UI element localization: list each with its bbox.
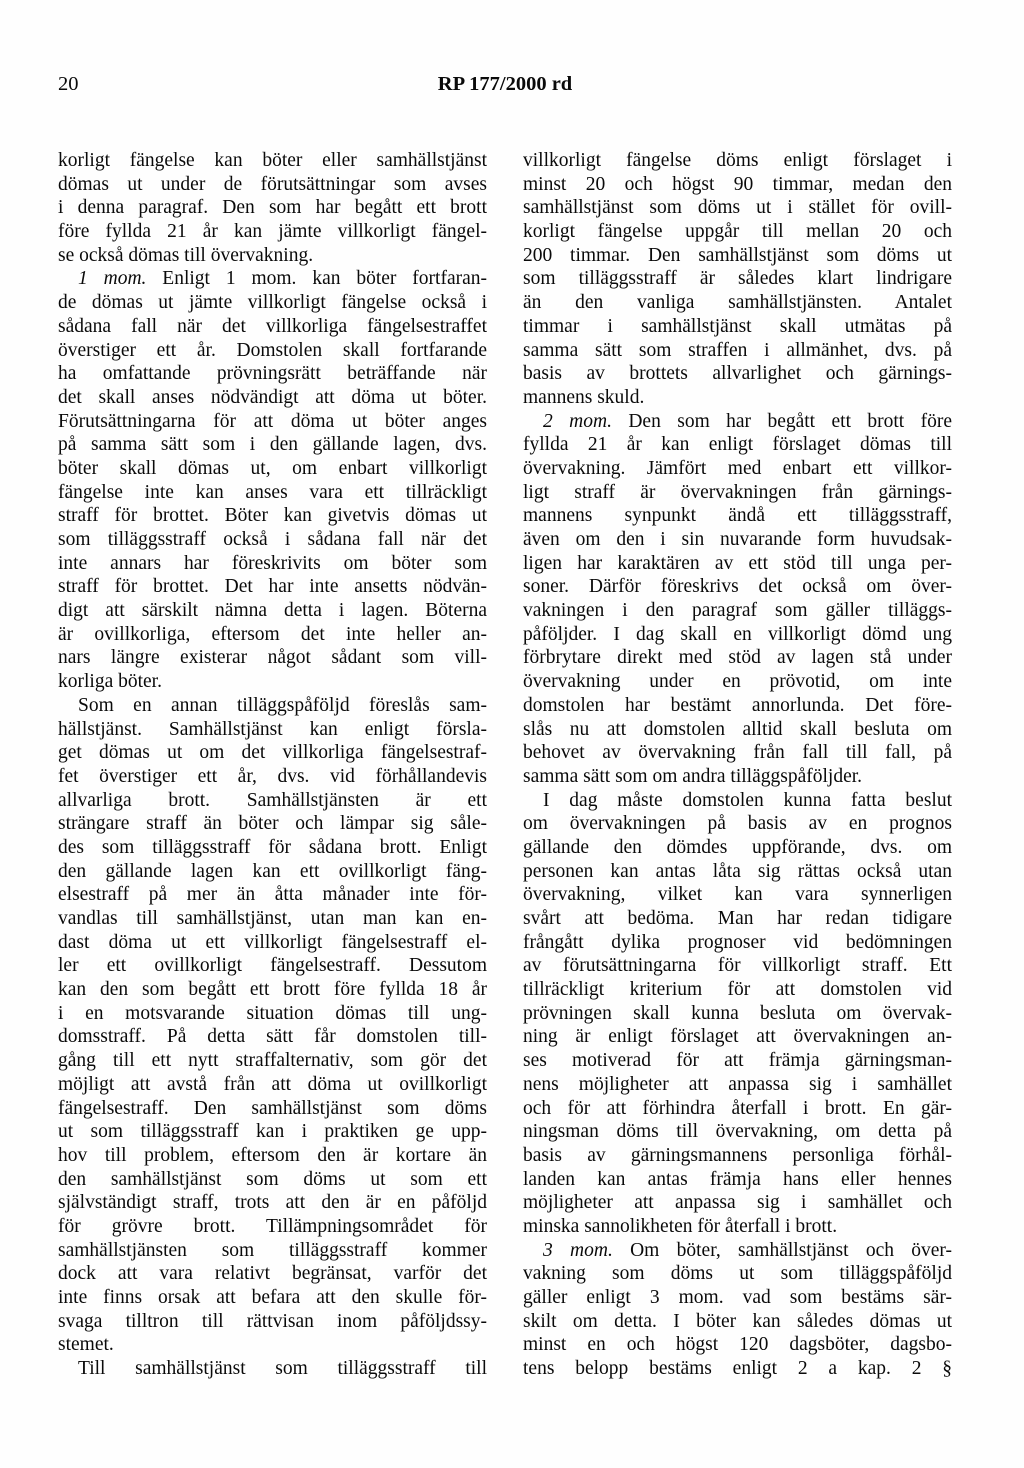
text-line: samma sätt som om andra tilläggspåföljde… bbox=[523, 765, 952, 789]
line-text: basis av brottets allvarlighet och gärni… bbox=[523, 363, 952, 384]
text-line: ningsman döms till övervakning, om detta… bbox=[523, 1120, 952, 1144]
line-text: förbrytare direkt med stöd av lagen stå … bbox=[523, 647, 952, 668]
text-line: dömas ut under de förutsättningar som av… bbox=[58, 173, 487, 197]
text-line: dock att vara relativt begränsat, varför… bbox=[58, 1262, 487, 1286]
text-line: gång till ett nytt straffalternativ, som… bbox=[58, 1049, 487, 1073]
line-text: tillräckligt kriterium för att domstolen… bbox=[523, 979, 952, 1000]
mom-label: 1 mom. bbox=[78, 268, 146, 289]
line-text: påföljder. I dag skall en villkorligt dö… bbox=[523, 624, 952, 645]
text-line: minst en och högst 120 dagsböter, dagsbo… bbox=[523, 1333, 952, 1357]
text-line: 200 timmar. Den samhällstjänst som döms … bbox=[523, 244, 952, 268]
text-line: om övervakningen på basis av en prognos bbox=[523, 812, 952, 836]
text-line: hov till problem, eftersom den är kortar… bbox=[58, 1144, 487, 1168]
text-line: get dömas ut om det villkorliga fängelse… bbox=[58, 741, 487, 765]
text-line: är ovillkorliga, eftersom det inte helle… bbox=[58, 623, 487, 647]
text-line: straff för brottet. Böter kan givetvis d… bbox=[58, 504, 487, 528]
right-column: villkorligt fängelse döms enligt förslag… bbox=[523, 149, 952, 1381]
line-text: dock att vara relativt begränsat, varför… bbox=[58, 1263, 487, 1284]
text-line: övervakning under en prövotid, om inte bbox=[523, 670, 952, 694]
line-text: även om den i sin nuvarande form huvudsa… bbox=[523, 529, 952, 550]
line-text: personen kan antas låta sig rättas också… bbox=[523, 861, 952, 882]
text-line: domsstraff. På detta sätt får domstolen … bbox=[58, 1025, 487, 1049]
line-text: vakning som döms ut som tilläggspåföljd bbox=[523, 1263, 952, 1284]
text-line: korligt fängelse uppgår till mellan 20 o… bbox=[523, 220, 952, 244]
line-text: överstiger ett år. Domstolen skall fortf… bbox=[58, 340, 487, 361]
text-line: domstolen har bestämt annorlunda. Det fö… bbox=[523, 694, 952, 718]
text-line: ut som tilläggsstraff kan i praktiken ge… bbox=[58, 1120, 487, 1144]
line-text: självständigt straff, trots att den är e… bbox=[58, 1192, 487, 1213]
text-line: kan den som begått ett brott före fyllda… bbox=[58, 978, 487, 1002]
line-text: före fyllda 21 år kan jämte villkorligt … bbox=[58, 221, 487, 242]
text-line: stemet. bbox=[58, 1333, 487, 1357]
line-text: elsestraff på mer än åtta månader inte f… bbox=[58, 884, 487, 905]
line-text: korligt fängelse uppgår till mellan 20 o… bbox=[523, 221, 952, 242]
text-line: basis av brottets allvarlighet och gärni… bbox=[523, 362, 952, 386]
text-line: det skall anses nödvändigt att döma ut b… bbox=[58, 386, 487, 410]
text-line: straff för brottet. Det har inte ansetts… bbox=[58, 575, 487, 599]
line-text: vandlas till samhällstjänst, utan man ka… bbox=[58, 908, 487, 929]
line-text: övervakning under en prövotid, om inte bbox=[523, 671, 952, 692]
line-text: skilt om detta. I böter kan således döma… bbox=[523, 1311, 952, 1332]
line-text: i denna paragraf. Den som har begått ett… bbox=[58, 197, 487, 218]
text-line: fyllda 21 år kan enligt förslaget dömas … bbox=[523, 433, 952, 457]
text-line: ning är enligt förslaget att övervakning… bbox=[523, 1025, 952, 1049]
text-line: nens möjligheter att anpassa sig i samhä… bbox=[523, 1073, 952, 1097]
text-line: samhällstjänsten som tilläggsstraff komm… bbox=[58, 1239, 487, 1263]
text-line: des som tilläggsstraff för sådana brott.… bbox=[58, 836, 487, 860]
line-text: Om böter, samhällstjänst och över- bbox=[613, 1240, 952, 1261]
line-text: övervakning, vilket kan vara synnerligen bbox=[523, 884, 952, 905]
line-text: landen kan antas främja hans eller henne… bbox=[523, 1169, 952, 1190]
line-text: Som en annan tilläggspåföljd föreslås sa… bbox=[78, 695, 487, 716]
line-text: frångått dylika prognoser vid bedömninge… bbox=[523, 932, 952, 953]
text-line: fängelse inte kan anses vara ett tillräc… bbox=[58, 481, 487, 505]
text-line: inte finns orsak att befara att den skul… bbox=[58, 1286, 487, 1310]
line-text: den samhällstjänst som döms ut som ett bbox=[58, 1169, 487, 1190]
line-text: och för att förhindra återfall i brott. … bbox=[523, 1098, 952, 1119]
text-line: personen kan antas låta sig rättas också… bbox=[523, 860, 952, 884]
text-line: böter skall dömas ut, om enbart villkorl… bbox=[58, 457, 487, 481]
line-text: fet överstiger ett år, dvs. vid förhålla… bbox=[58, 766, 487, 787]
text-line: mannens synpunkt ändå ett tilläggsstraff… bbox=[523, 504, 952, 528]
text-line: minska sannolikheten för återfall i brot… bbox=[523, 1215, 952, 1239]
text-line: strängare straff än böter och lämpar sig… bbox=[58, 812, 487, 836]
text-line: ligen har karaktären av ett stöd till un… bbox=[523, 552, 952, 576]
text-line: övervakning, vilket kan vara synnerligen bbox=[523, 883, 952, 907]
line-text: korliga böter. bbox=[58, 671, 162, 692]
text-line: 3 mom. Om böter, samhällstjänst och över… bbox=[523, 1239, 952, 1263]
line-text: des som tilläggsstraff för sådana brott.… bbox=[58, 837, 487, 858]
text-line: fängelsestraff. Den samhällstjänst som d… bbox=[58, 1097, 487, 1121]
line-text: som tilläggsstraff är således klart lind… bbox=[523, 268, 952, 289]
line-text: prövningen skall kunna besluta om överva… bbox=[523, 1003, 952, 1024]
line-text: övervakning. Jämfört med enbart ett vill… bbox=[523, 458, 952, 479]
text-line: som tilläggsstraff också i sådana fall n… bbox=[58, 528, 487, 552]
text-line: ligt straff är övervakningen från gärnin… bbox=[523, 481, 952, 505]
line-text: behovet av övervakning från fall till fa… bbox=[523, 742, 952, 763]
line-text: gällande den dömdes uppförande, dvs. om bbox=[523, 837, 952, 858]
text-line: digt att särskilt nämna detta i lagen. B… bbox=[58, 599, 487, 623]
line-text: kan den som begått ett brott före fyllda… bbox=[58, 979, 487, 1000]
left-column: korligt fängelse kan böter eller samhäll… bbox=[58, 149, 487, 1381]
text-line: soner. Därför föreskrivs det också om öv… bbox=[523, 575, 952, 599]
line-text: om övervakningen på basis av en prognos bbox=[523, 813, 952, 834]
text-line: se också dömas till övervakning. bbox=[58, 244, 487, 268]
line-text: slås nu att domstolen alltid skall beslu… bbox=[523, 719, 952, 740]
mom-label: 2 mom. bbox=[543, 411, 612, 432]
text-line: elsestraff på mer än åtta månader inte f… bbox=[58, 883, 487, 907]
line-text: svårt att bedöma. Man har redan tidigare bbox=[523, 908, 952, 929]
line-text: ningsman döms till övervakning, om detta… bbox=[523, 1121, 952, 1142]
text-columns: korligt fängelse kan böter eller samhäll… bbox=[58, 149, 952, 1381]
line-text: gång till ett nytt straffalternativ, som… bbox=[58, 1050, 487, 1071]
line-text: villkorligt fängelse döms enligt förslag… bbox=[523, 150, 952, 171]
line-text: strängare straff än böter och lämpar sig… bbox=[58, 813, 487, 834]
line-text: samhällstjänst som döms ut i stället för… bbox=[523, 197, 952, 218]
text-line: möjligt att avstå från att döma ut ovill… bbox=[58, 1073, 487, 1097]
mom-label: 3 mom. bbox=[543, 1240, 613, 1261]
line-text: se också dömas till övervakning. bbox=[58, 245, 313, 266]
line-text: domstolen har bestämt annorlunda. Det fö… bbox=[523, 695, 952, 716]
line-text: Till samhällstjänst som tilläggsstraff t… bbox=[78, 1358, 487, 1379]
line-text: soner. Därför föreskrivs det också om öv… bbox=[523, 576, 952, 597]
line-text: den gällande lagen kan ett ovillkorligt … bbox=[58, 861, 487, 882]
text-line: 2 mom. Den som har begått ett brott före bbox=[523, 410, 952, 434]
line-text: samma sätt som straffen i allmänhet, dvs… bbox=[523, 340, 952, 361]
line-text: inte annars har föreskrivits om böter so… bbox=[58, 553, 487, 574]
text-line: av förutsättningarna för villkorligt str… bbox=[523, 954, 952, 978]
line-text: det skall anses nödvändigt att döma ut b… bbox=[58, 387, 487, 408]
line-text: stemet. bbox=[58, 1334, 114, 1355]
text-line: för grövre brott. Tillämpningsområdet fö… bbox=[58, 1215, 487, 1239]
line-text: allvarliga brott. Samhällstjänsten är et… bbox=[58, 790, 487, 811]
line-text: digt att särskilt nämna detta i lagen. B… bbox=[58, 600, 487, 621]
text-line: basis av gärningsmannens personliga förh… bbox=[523, 1144, 952, 1168]
line-text: tens belopp bestäms enligt 2 a kap. 2 § bbox=[523, 1358, 952, 1379]
line-text: hällstjänst. Samhällstjänst kan enligt f… bbox=[58, 719, 487, 740]
line-text: för grövre brott. Tillämpningsområdet fö… bbox=[58, 1216, 487, 1237]
text-line: villkorligt fängelse döms enligt förslag… bbox=[523, 149, 952, 173]
page-header: 20 RP 177/2000 rd bbox=[58, 72, 952, 98]
line-text: nens möjligheter att anpassa sig i samhä… bbox=[523, 1074, 952, 1095]
text-line: Till samhällstjänst som tilläggsstraff t… bbox=[58, 1357, 487, 1381]
text-line: vakningen i den paragraf som gäller till… bbox=[523, 599, 952, 623]
line-text: vakningen i den paragraf som gäller till… bbox=[523, 600, 952, 621]
line-text: ning är enligt förslaget att övervakning… bbox=[523, 1026, 952, 1047]
line-text: är ovillkorliga, eftersom det inte helle… bbox=[58, 624, 487, 645]
text-line: den gällande lagen kan ett ovillkorligt … bbox=[58, 860, 487, 884]
text-line: fet överstiger ett år, dvs. vid förhålla… bbox=[58, 765, 487, 789]
text-line: påföljder. I dag skall en villkorligt dö… bbox=[523, 623, 952, 647]
text-line: korliga böter. bbox=[58, 670, 487, 694]
text-line: före fyllda 21 år kan jämte villkorligt … bbox=[58, 220, 487, 244]
line-text: get dömas ut om det villkorliga fängelse… bbox=[58, 742, 487, 763]
text-line: behovet av övervakning från fall till fa… bbox=[523, 741, 952, 765]
line-text: ut som tilläggsstraff kan i praktiken ge… bbox=[58, 1121, 487, 1142]
line-text: gäller enligt 3 mom. vad som bestäms sär… bbox=[523, 1287, 952, 1308]
line-text: än den vanliga samhällstjänsten. Antalet bbox=[523, 292, 952, 313]
text-line: överstiger ett år. Domstolen skall fortf… bbox=[58, 339, 487, 363]
line-text: straff för brottet. Böter kan givetvis d… bbox=[58, 505, 487, 526]
text-line: I dag måste domstolen kunna fatta beslut bbox=[523, 789, 952, 813]
text-line: Förutsättningarna för att döma ut böter … bbox=[58, 410, 487, 434]
line-text: av förutsättningarna för villkorligt str… bbox=[523, 955, 952, 976]
text-line: svårt att bedöma. Man har redan tidigare bbox=[523, 907, 952, 931]
line-text: fängelsestraff. Den samhällstjänst som d… bbox=[58, 1098, 487, 1119]
line-text: som tilläggsstraff också i sådana fall n… bbox=[58, 529, 487, 550]
text-line: även om den i sin nuvarande form huvudsa… bbox=[523, 528, 952, 552]
text-line: den samhällstjänst som döms ut som ett bbox=[58, 1168, 487, 1192]
line-text: timmar i samhällstjänst skall utmätas på bbox=[523, 316, 952, 337]
line-text: korligt fängelse kan böter eller samhäll… bbox=[58, 150, 487, 171]
line-text: fängelse inte kan anses vara ett tillräc… bbox=[58, 482, 487, 503]
text-line: samhällstjänst som döms ut i stället för… bbox=[523, 196, 952, 220]
text-line: Som en annan tilläggspåföljd föreslås sa… bbox=[58, 694, 487, 718]
line-text: Enligt 1 mom. kan böter fortfaran- bbox=[146, 268, 487, 289]
text-line: 1 mom. Enligt 1 mom. kan böter fortfaran… bbox=[58, 267, 487, 291]
text-line: vandlas till samhällstjänst, utan man ka… bbox=[58, 907, 487, 931]
line-text: ses motiverad för att främja gärningsman… bbox=[523, 1050, 952, 1071]
text-line: övervakning. Jämfört med enbart ett vill… bbox=[523, 457, 952, 481]
text-line: förbrytare direkt med stöd av lagen stå … bbox=[523, 646, 952, 670]
line-text: mannens skuld. bbox=[523, 387, 644, 408]
text-line: gäller enligt 3 mom. vad som bestäms sär… bbox=[523, 1286, 952, 1310]
line-text: samhällstjänsten som tilläggsstraff komm… bbox=[58, 1240, 487, 1261]
line-text: möjligt att avstå från att döma ut ovill… bbox=[58, 1074, 487, 1095]
text-line: landen kan antas främja hans eller henne… bbox=[523, 1168, 952, 1192]
text-line: prövningen skall kunna besluta om överva… bbox=[523, 1002, 952, 1026]
text-line: på samma sätt som i den gällande lagen, … bbox=[58, 433, 487, 457]
document-page: 20 RP 177/2000 rd korligt fängelse kan b… bbox=[0, 0, 1024, 1468]
line-text: ligt straff är övervakningen från gärnin… bbox=[523, 482, 952, 503]
text-line: korligt fängelse kan böter eller samhäll… bbox=[58, 149, 487, 173]
text-line: frångått dylika prognoser vid bedömninge… bbox=[523, 931, 952, 955]
text-line: allvarliga brott. Samhällstjänsten är et… bbox=[58, 789, 487, 813]
line-text: böter skall dömas ut, om enbart villkorl… bbox=[58, 458, 487, 479]
line-text: ligen har karaktären av ett stöd till un… bbox=[523, 553, 952, 574]
line-text: fyllda 21 år kan enligt förslaget dömas … bbox=[523, 434, 952, 455]
text-line: i denna paragraf. Den som har begått ett… bbox=[58, 196, 487, 220]
line-text: nars längre existerar något sådant som v… bbox=[58, 647, 487, 668]
text-line: vakning som döms ut som tilläggspåföljd bbox=[523, 1262, 952, 1286]
line-text: 200 timmar. Den samhällstjänst som döms … bbox=[523, 245, 952, 266]
text-line: inte annars har föreskrivits om böter so… bbox=[58, 552, 487, 576]
line-text: domsstraff. På detta sätt får domstolen … bbox=[58, 1026, 487, 1047]
line-text: de dömas ut jämte villkorligt fängelse o… bbox=[58, 292, 487, 313]
text-line: de dömas ut jämte villkorligt fängelse o… bbox=[58, 291, 487, 315]
text-line: mannens skuld. bbox=[523, 386, 952, 410]
text-line: slås nu att domstolen alltid skall beslu… bbox=[523, 718, 952, 742]
line-text: samma sätt som om andra tilläggspåföljde… bbox=[523, 766, 862, 787]
text-line: självständigt straff, trots att den är e… bbox=[58, 1191, 487, 1215]
line-text: ler ett ovillkorligt fängelsestraff. Des… bbox=[58, 955, 487, 976]
text-line: ses motiverad för att främja gärningsman… bbox=[523, 1049, 952, 1073]
line-text: sådana fall när det villkorliga fängelse… bbox=[58, 316, 487, 337]
text-line: minst 20 och högst 90 timmar, medan den bbox=[523, 173, 952, 197]
line-text: Förutsättningarna för att döma ut böter … bbox=[58, 411, 487, 432]
line-text: ha omfattande prövningsrätt beträffande … bbox=[58, 363, 487, 384]
text-line: tens belopp bestäms enligt 2 a kap. 2 § bbox=[523, 1357, 952, 1381]
text-line: timmar i samhällstjänst skall utmätas på bbox=[523, 315, 952, 339]
text-line: som tilläggsstraff är således klart lind… bbox=[523, 267, 952, 291]
line-text: möjligheter att anpassa sig i samhället … bbox=[523, 1192, 952, 1213]
text-line: möjligheter att anpassa sig i samhället … bbox=[523, 1191, 952, 1215]
line-text: Den som har begått ett brott före bbox=[612, 411, 952, 432]
text-line: samma sätt som straffen i allmänhet, dvs… bbox=[523, 339, 952, 363]
text-line: hällstjänst. Samhällstjänst kan enligt f… bbox=[58, 718, 487, 742]
line-text: minska sannolikheten för återfall i brot… bbox=[523, 1216, 837, 1237]
text-line: svaga tilltron till rättvisan inom påföl… bbox=[58, 1310, 487, 1334]
text-line: sådana fall när det villkorliga fängelse… bbox=[58, 315, 487, 339]
text-line: i en motsvarande situation dömas till un… bbox=[58, 1002, 487, 1026]
line-text: minst 20 och högst 90 timmar, medan den bbox=[523, 174, 952, 195]
line-text: dömas ut under de förutsättningar som av… bbox=[58, 174, 487, 195]
line-text: svaga tilltron till rättvisan inom påföl… bbox=[58, 1311, 487, 1332]
line-text: hov till problem, eftersom den är kortar… bbox=[58, 1145, 487, 1166]
text-line: ler ett ovillkorligt fängelsestraff. Des… bbox=[58, 954, 487, 978]
line-text: straff för brottet. Det har inte ansetts… bbox=[58, 576, 487, 597]
line-text: minst en och högst 120 dagsböter, dagsbo… bbox=[523, 1334, 952, 1355]
text-line: än den vanliga samhällstjänsten. Antalet bbox=[523, 291, 952, 315]
text-line: tillräckligt kriterium för att domstolen… bbox=[523, 978, 952, 1002]
line-text: basis av gärningsmannens personliga förh… bbox=[523, 1145, 952, 1166]
text-line: dast döma ut ett villkorligt fängelsestr… bbox=[58, 931, 487, 955]
document-title: RP 177/2000 rd bbox=[58, 72, 952, 96]
line-text: inte finns orsak att befara att den skul… bbox=[58, 1287, 487, 1308]
text-line: gällande den dömdes uppförande, dvs. om bbox=[523, 836, 952, 860]
line-text: mannens synpunkt ändå ett tilläggsstraff… bbox=[523, 505, 952, 526]
line-text: i en motsvarande situation dömas till un… bbox=[58, 1003, 487, 1024]
line-text: I dag måste domstolen kunna fatta beslut bbox=[543, 790, 952, 811]
text-line: nars längre existerar något sådant som v… bbox=[58, 646, 487, 670]
text-line: ha omfattande prövningsrätt beträffande … bbox=[58, 362, 487, 386]
text-line: skilt om detta. I böter kan således döma… bbox=[523, 1310, 952, 1334]
line-text: på samma sätt som i den gällande lagen, … bbox=[58, 434, 487, 455]
line-text: dast döma ut ett villkorligt fängelsestr… bbox=[58, 932, 487, 953]
text-line: och för att förhindra återfall i brott. … bbox=[523, 1097, 952, 1121]
